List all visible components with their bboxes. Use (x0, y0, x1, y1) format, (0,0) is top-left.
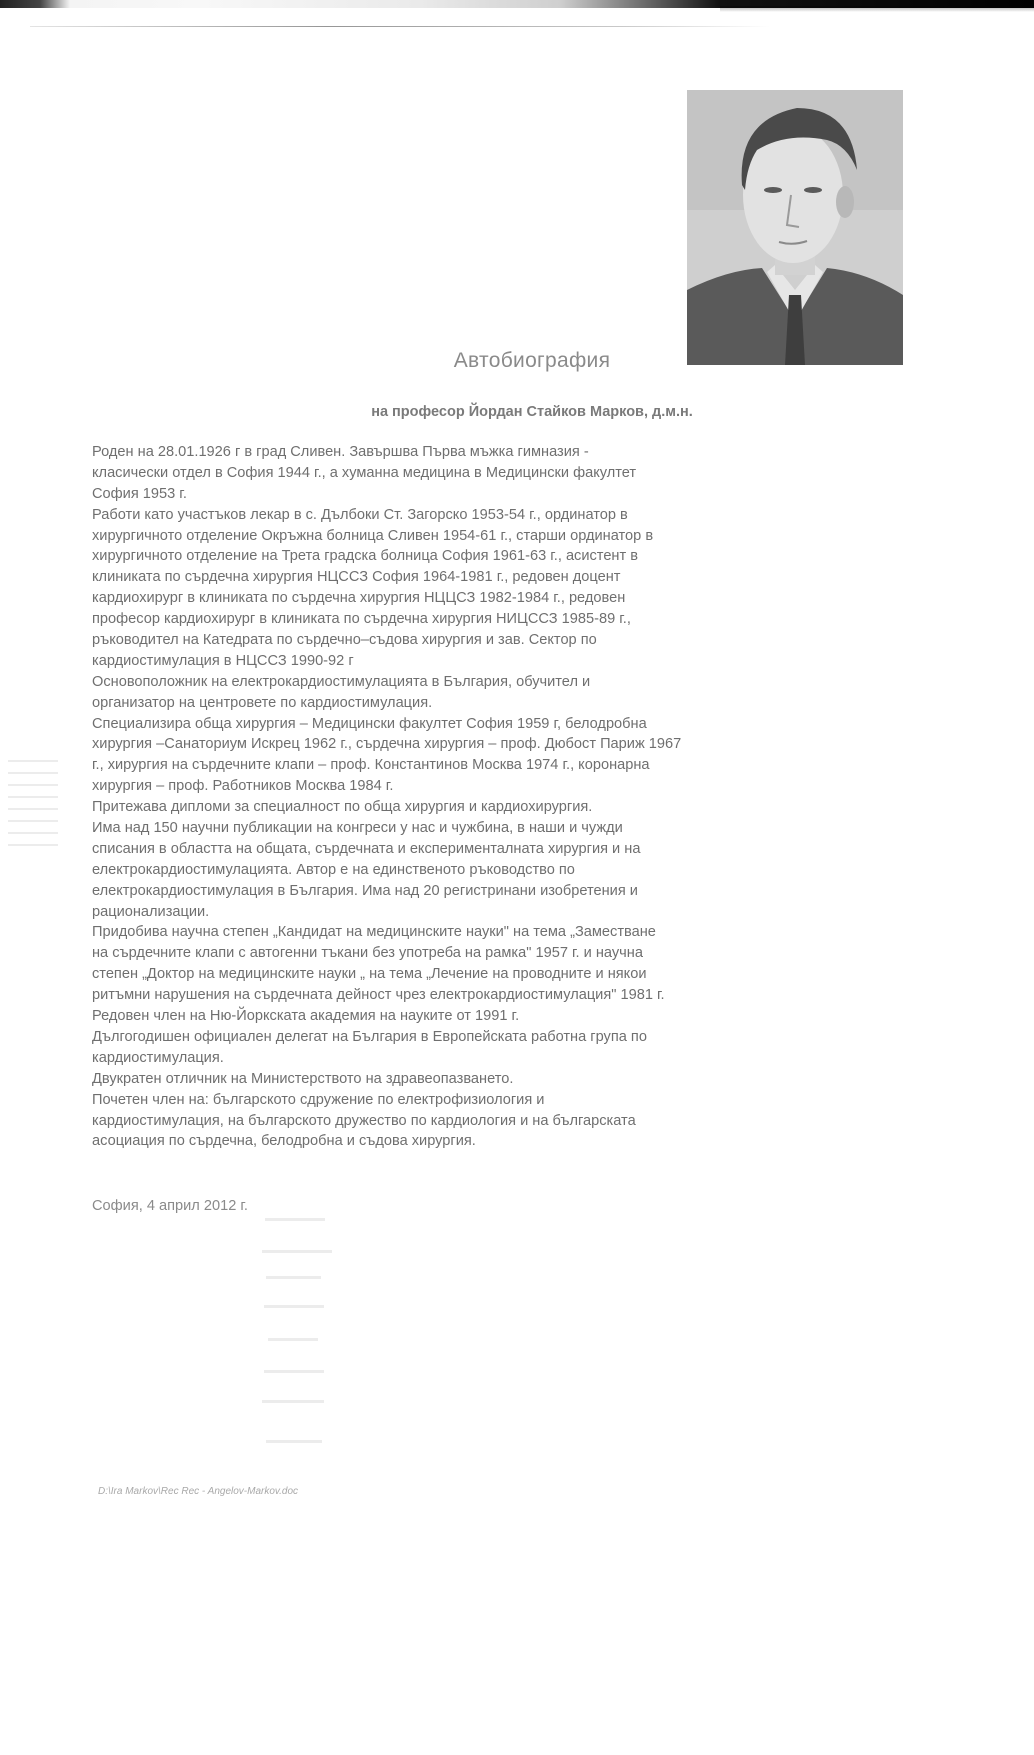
text-line: кардиохирург в клиниката по сърдечна хир… (92, 588, 892, 609)
text-line: кардиостимулация. (92, 1048, 892, 1069)
text-line: ритъмни нарушения на сърдечната дейност … (92, 985, 892, 1006)
text-line: Работи като участъков лекар в с. Дълбоки… (92, 505, 892, 526)
text-line: Почетен член на: българското сдружение п… (92, 1090, 892, 1111)
file-path-footer: D:\Ira Markov\Rec Rec - Angelov-Markov.d… (98, 1486, 298, 1497)
place-and-date: София, 4 април 2012 г. (92, 1198, 248, 1214)
text-line: асоциация по сърдечна, белодробна и съдо… (92, 1131, 892, 1152)
text-line: Редовен член на Ню-Йоркската академия на… (92, 1006, 892, 1027)
text-line: кардиостимулация, на българското дружест… (92, 1111, 892, 1132)
text-line: Основоположник на електрокардиостимулаци… (92, 672, 892, 693)
text-line: ръководител на Катедрата по сърдечно–съд… (92, 630, 892, 651)
text-line: Има над 150 научни публикации на конгрес… (92, 818, 892, 839)
text-line: рационализации. (92, 902, 892, 923)
scan-smudge (262, 1250, 332, 1253)
text-line: електрокардиостимулацията. Автор е на ед… (92, 860, 892, 881)
text-line: хирургия –Санаториум Искрец 1962 г., сър… (92, 734, 892, 755)
text-line: Двукратен отличник на Министерството на … (92, 1069, 892, 1090)
scan-smudge (268, 1338, 318, 1341)
text-line: електрокардиостимулация в България. Има … (92, 881, 892, 902)
text-line: професор кардиохирург в клиниката по сър… (92, 609, 892, 630)
text-line: хирургия – проф. Работников Москва 1984 … (92, 776, 892, 797)
text-line: степен „Доктор на медицинските науки „ н… (92, 964, 892, 985)
scan-artifact-line (30, 26, 770, 27)
text-line: клиниката по сърдечна хирургия НЦССЗ Соф… (92, 567, 892, 588)
text-line: Специализира обща хирургия – Медицински … (92, 714, 892, 735)
text-line: Придобива научна степен „Кандидат на мед… (92, 922, 892, 943)
scan-top-edge-shadow (720, 6, 1034, 12)
text-line: кардиостимулация в НЦССЗ 1990-92 г (92, 651, 892, 672)
document-title: Автобиография (0, 349, 1034, 373)
text-line: списания в областта на общата, сърдечнат… (92, 839, 892, 860)
scan-smudge (265, 1218, 325, 1221)
portrait-image-icon (687, 90, 903, 365)
text-line: Дългогодишен официален делегат на Българ… (92, 1027, 892, 1048)
scan-smudge (264, 1305, 324, 1308)
text-line: Роден на 28.01.1926 г в град Сливен. Зав… (92, 442, 892, 463)
text-line: София 1953 г. (92, 484, 892, 505)
document-subtitle: на професор Йордан Стайков Марков, д.м.н… (0, 404, 1034, 420)
text-line: хирургичното отделение Окръжна болница С… (92, 526, 892, 547)
text-line: организатор на центровете по кардиостиму… (92, 693, 892, 714)
scan-smudge (266, 1440, 322, 1443)
portrait-photo (687, 90, 903, 365)
text-line: хирургичното отделение на Трета градска … (92, 546, 892, 567)
text-line: г., хирургия на сърдечните клапи – проф.… (92, 755, 892, 776)
scan-smudge (262, 1400, 324, 1403)
text-line: на сърдечните клапи с автогенни тъкани б… (92, 943, 892, 964)
scan-margin-marks (8, 760, 58, 900)
biography-body: Роден на 28.01.1926 г в град Сливен. Зав… (92, 420, 892, 1152)
scan-smudge (264, 1370, 324, 1373)
scan-smudge (266, 1276, 321, 1279)
text-line: Притежава дипломи за специалност по обща… (92, 797, 892, 818)
text-line: класически отдел в София 1944 г., а хума… (92, 463, 892, 484)
